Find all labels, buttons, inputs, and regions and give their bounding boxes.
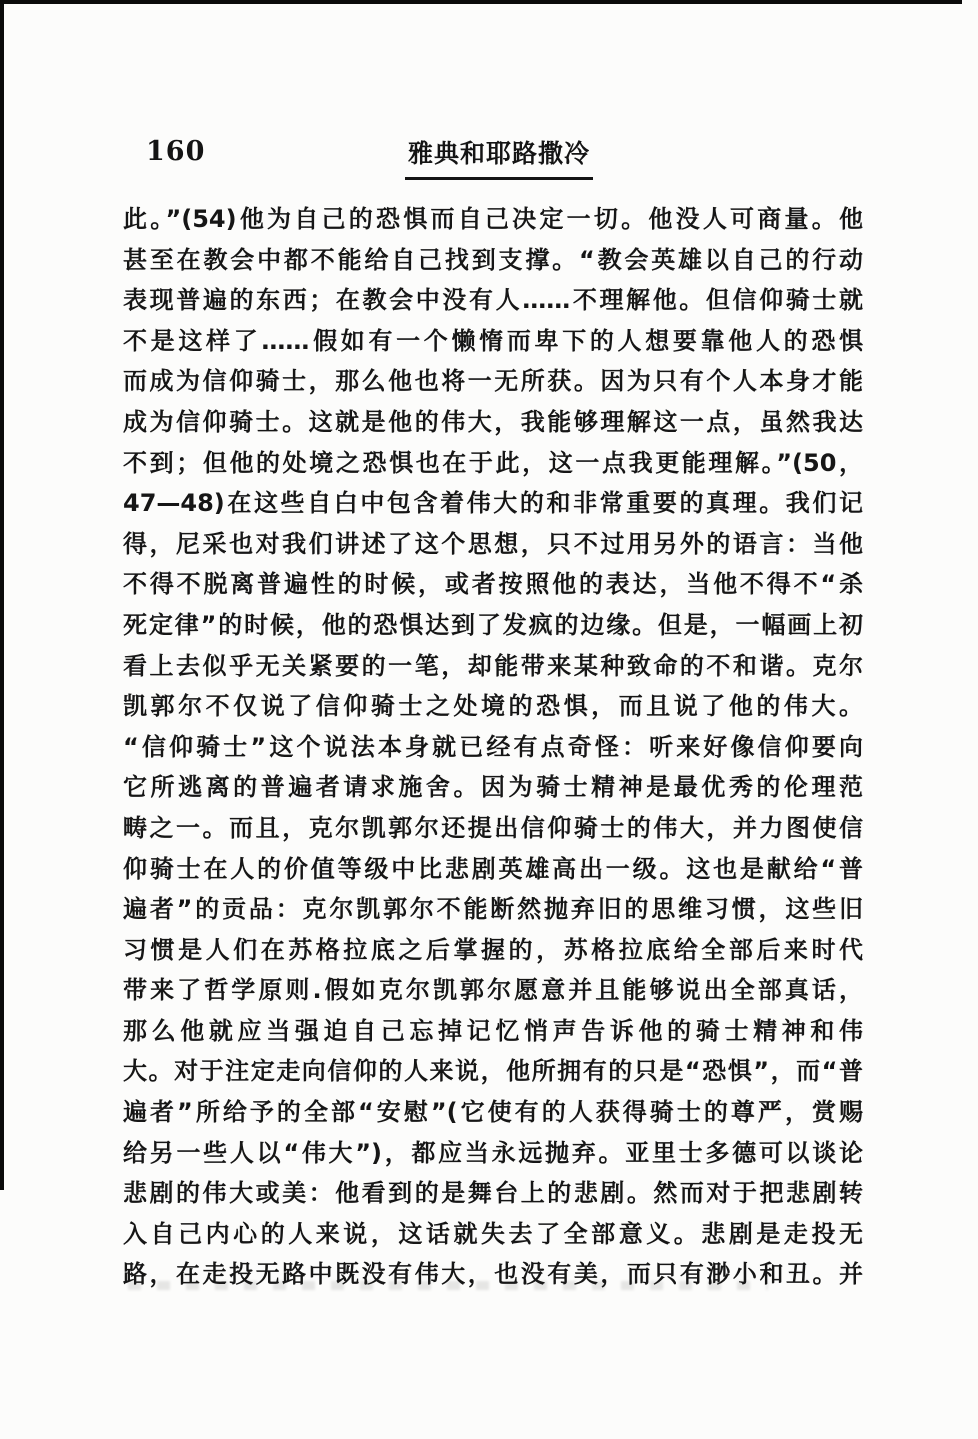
text-line: 不是这样了……假如有一个懒惰而卑下的人想要靠他人的恐惧 (123, 321, 863, 362)
text-line: 入自己内心的人来说，这话就失去了全部意义。悲剧是走投无 (123, 1214, 863, 1255)
text-line: 它所逃离的普遍者请求施舍。因为骑士精神是最优秀的伦理范 (123, 767, 863, 808)
text-line: 给另一些人以“伟大”)，都应当永远抛弃。亚里士多德可以谈论 (123, 1133, 863, 1174)
text-line: 表现普遍的东西；在教会中没有人……不理解他。但信仰骑士就 (123, 280, 863, 321)
text-line: 大。对于注定走向信仰的人来说，他所拥有的只是“恐惧”，而“普 (123, 1051, 863, 1092)
text-line: 遍者”所给予的全部“安慰”(它使有的人获得骑士的尊严，赏赐 (123, 1092, 863, 1133)
text-line: “信仰骑士”这个说法本身就已经有点奇怪：听来好像信仰要向 (123, 727, 863, 768)
text-line: 成为信仰骑士。这就是他的伟大，我能够理解这一点，虽然我达 (123, 402, 863, 443)
text-line: 带来了哲学原则.假如克尔凯郭尔愿意并且能够说出全部真话， (123, 970, 863, 1011)
page-number: 160 (146, 136, 205, 167)
text-line: 那么他就应当强迫自己忘掉记忆悄声告诉他的骑士精神和伟 (123, 1011, 863, 1052)
text-line: 死定律”的时候，他的恐惧达到了发疯的边缘。但是，一幅画上初 (123, 605, 863, 646)
text-line: 不到；但他的处境之恐惧也在于此，这一点我更能理解。”(50， (123, 443, 863, 484)
text-line: 习惯是人们在苏格拉底之后掌握的，苏格拉底给全部后来时代 (123, 930, 863, 971)
body-text-block: 此。”(54)他为自己的恐惧而自己决定一切。他没人可商量。他 甚至在教会中都不能… (123, 199, 863, 1295)
text-line: 此。”(54)他为自己的恐惧而自己决定一切。他没人可商量。他 (123, 199, 863, 240)
text-line: 悲剧的伟大或美：他看到的是舞台上的悲剧。然而对于把悲剧转 (123, 1173, 863, 1214)
text-line: 甚至在教会中都不能给自己找到支撑。“教会英雄以自己的行动 (123, 240, 863, 281)
next-line-remnant (128, 1281, 768, 1290)
running-head-title: 雅典和耶路撒冷 (405, 134, 593, 180)
scanned-book-page: 160 雅典和耶路撒冷 此。”(54)他为自己的恐惧而自己决定一切。他没人可商量… (0, 0, 978, 1439)
text-line: 不得不脱离普遍性的时候，或者按照他的表达，当他不得不“杀 (123, 564, 863, 605)
text-line: 遍者”的贡品：克尔凯郭尔不能断然抛弃旧的思维习惯，这些旧 (123, 889, 863, 930)
text-line: 47—48)在这些自白中包含着伟大的和非常重要的真理。我们记 (123, 483, 863, 524)
text-line: 而成为信仰骑士，那么他也将一无所获。因为只有个人本身才能 (123, 361, 863, 402)
text-line: 看上去似乎无关紧要的一笔，却能带来某种致命的不和谐。克尔 (123, 646, 863, 687)
text-line: 仰骑士在人的价值等级中比悲剧英雄高出一级。这也是献给“普 (123, 849, 863, 890)
text-line: 得，尼采也对我们讲述了这个思想，只不过用另外的语言：当他 (123, 524, 863, 565)
scan-border-left (0, 0, 4, 1190)
text-line: 凯郭尔不仅说了信仰骑士之处境的恐惧，而且说了他的伟大。 (123, 686, 863, 727)
scan-border-top (0, 0, 962, 4)
text-line: 畴之一。而且，克尔凯郭尔还提出信仰骑士的伟大，并力图使信 (123, 808, 863, 849)
